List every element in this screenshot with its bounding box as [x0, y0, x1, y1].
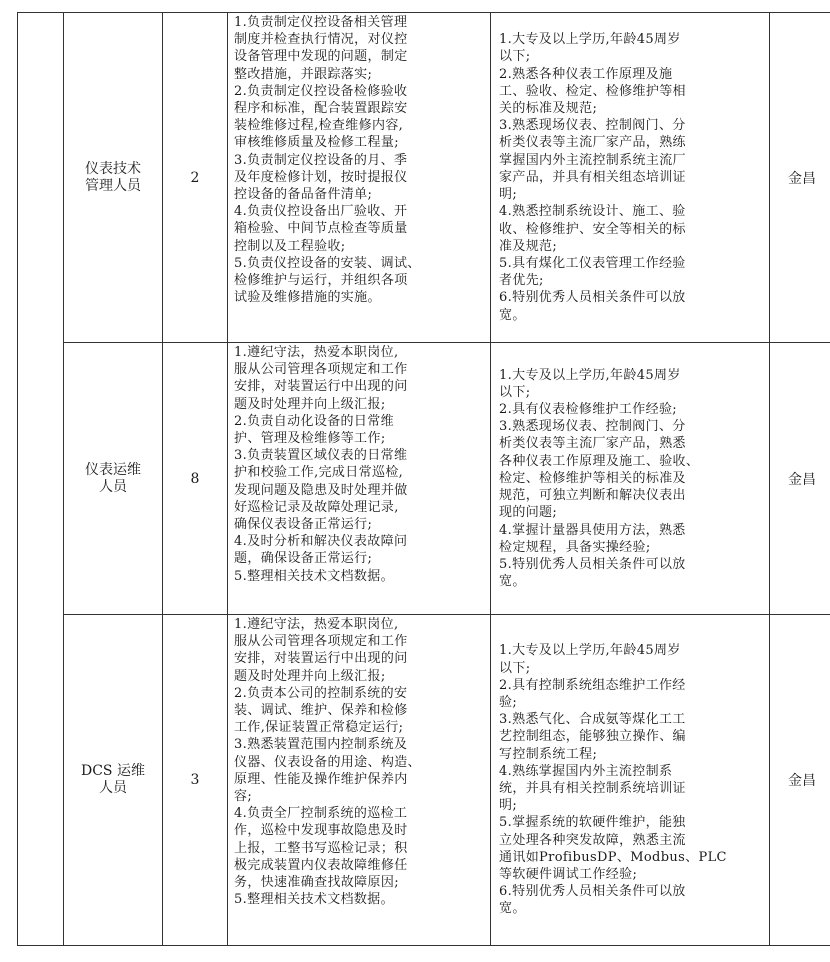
text-line: 3.熟悉现场仪表、控制阀门、分	[499, 418, 765, 435]
text-line: 艺控制组态，能够独立操作、编	[499, 728, 765, 745]
text-line: 宽。	[499, 900, 765, 917]
text-line: 宽。	[499, 307, 765, 324]
text-line: 宽。	[499, 573, 765, 590]
count-cell: 3	[163, 615, 228, 946]
text-line: 3.熟悉气化、合成氨等煤化工工	[499, 711, 765, 728]
text-line: 发现问题及隐患及时处理并做	[234, 482, 486, 499]
text-line: 2.熟悉各种仪表工作原理及施	[499, 66, 765, 83]
text-line: 容;	[234, 788, 486, 805]
text-line: 题及时处理并向上级汇报;	[234, 396, 486, 413]
text-line: 5.掌握系统的软硬件维护，能独	[499, 814, 765, 831]
text-line: 4.负责全厂控制系统的巡检工	[234, 805, 486, 822]
duties-cell: 1.遵纪守法，热爱本职岗位,服从公司管理各项规定和工作安排，对装置运行中出现的问…	[228, 343, 491, 615]
text-line: 明;	[499, 797, 765, 814]
text-line: 验;	[499, 694, 765, 711]
text-line: 1.遵纪守法，热爱本职岗位,	[234, 616, 486, 633]
text-line: 2.负责本公司的控制系统的安	[234, 685, 486, 702]
text-line: 检定、检修维护等相关的标准及	[499, 470, 765, 487]
text-line: 试验及维修措施的实施。	[234, 289, 486, 306]
position-cell: 仪表运维人员	[64, 343, 163, 615]
text-line: 3.熟悉现场仪表、控制阀门、分	[499, 117, 765, 134]
requirements-cell: 1.大专及以上学历,年龄45周岁以下;2.具有控制系统组态维护工作经验;3.熟悉…	[491, 615, 770, 946]
location-cell: 金昌	[770, 13, 830, 343]
text-line: 审核维修质量及检修工程量;	[234, 134, 486, 151]
text-line: 题及时处理并向上级汇报;	[234, 668, 486, 685]
text-line: 1.遵纪守法，热爱本职岗位,	[234, 344, 486, 361]
text-line: 控制以及工程验收;	[234, 238, 486, 255]
text-line: 5.特别优秀人员相关条件可以放	[499, 556, 765, 573]
table-row: DCS 运维人员 3 1.遵纪守法，热爱本职岗位,服从公司管理各项规定和工作安排…	[18, 615, 830, 946]
text-line: 通讯如ProfibusDP、Modbus、PLC	[499, 849, 765, 866]
position-name: 仪表运维人员	[85, 462, 141, 495]
text-line: 控设备的备品备件清单;	[234, 186, 486, 203]
count-cell: 8	[163, 343, 228, 615]
text-line: 3.负责装置区域仪表的日常维	[234, 447, 486, 464]
text-line: 服从公司管理各项规定和工作	[234, 633, 486, 650]
text-line: 确保仪表设备正常运行;	[234, 516, 486, 533]
text-line: 及年度检修计划，按时提报仪	[234, 169, 486, 186]
text-line: 2.负责自动化设备的日常维	[234, 413, 486, 430]
text-line: 5.整理相关技术文档数据。	[234, 568, 486, 585]
text-line: 1.大专及以上学历,年龄45周岁	[499, 642, 765, 659]
text-line: 仪器、仪表设备的用途、构造、	[234, 754, 486, 771]
text-line: 务，快速准确查找故障原因;	[234, 874, 486, 891]
position-name: DCS 运维人员	[81, 763, 145, 796]
text-line: 设备管理中发现的问题，制定	[234, 48, 486, 65]
text-line: 工、验收、检定、检修维护等相	[499, 83, 765, 100]
text-line: 工作,保证装置正常稳定运行;	[234, 719, 486, 736]
text-line: 5.整理相关技术文档数据。	[234, 891, 486, 908]
text-line: 装、调试、维护、保养和检修	[234, 702, 486, 719]
text-line: 原理、性能及操作维护保养内	[234, 771, 486, 788]
text-line: 检修维护与运行，并组织各项	[234, 272, 486, 289]
text-line: 等软硬件调试工作经验;	[499, 866, 765, 883]
text-line: 4.熟悉控制系统设计、施工、验	[499, 203, 765, 220]
requirements-cell: 1.大专及以上学历,年龄45周岁以下;2.熟悉各种仪表工作原理及施工、验收、检定…	[491, 13, 770, 343]
text-line: 以下;	[499, 48, 765, 65]
location-cell: 金昌	[770, 615, 830, 946]
position-cell: DCS 运维人员	[64, 615, 163, 946]
text-line: 4.及时分析和解决仪表故障问	[234, 533, 486, 550]
text-line: 2.具有仪表检修维护工作经验;	[499, 401, 765, 418]
text-line: 作，巡检中发现事故隐患及时	[234, 822, 486, 839]
count-cell: 2	[163, 13, 228, 343]
text-line: 准及规范;	[499, 238, 765, 255]
text-line: 6.特别优秀人员相关条件可以放	[499, 289, 765, 306]
text-line: 5.负责仪控设备的安装、调试、	[234, 255, 486, 272]
text-line: 箱检验、中间节点检查等质量	[234, 220, 486, 237]
text-line: 安排，对装置运行中出现的问	[234, 378, 486, 395]
text-line: 1.负责制定仪控设备相关管理	[234, 14, 486, 31]
text-line: 护和校验工作,完成日常巡检,	[234, 464, 486, 481]
text-line: 规范，可独立判断和解决仪表出	[499, 487, 765, 504]
location-cell: 金昌	[770, 343, 830, 615]
text-line: 写控制系统工程;	[499, 746, 765, 763]
text-line: 2.具有控制系统组态维护工作经	[499, 677, 765, 694]
text-line: 以下;	[499, 384, 765, 401]
text-line: 4.掌握计量器具使用方法，熟悉	[499, 522, 765, 539]
text-line: 检定规程，具备实操经验;	[499, 539, 765, 556]
duties-cell: 1.负责制定仪控设备相关管理制度并检查执行情况，对仪控设备管理中发现的问题，制定…	[228, 13, 491, 343]
text-line: 整改措施，并跟踪落实;	[234, 66, 486, 83]
text-line: 2.负责制定仪控设备检修验收	[234, 83, 486, 100]
duties-cell: 1.遵纪守法，热爱本职岗位,服从公司管理各项规定和工作安排，对装置运行中出现的问…	[228, 615, 491, 946]
position-name: 仪表技术管理人员	[85, 161, 141, 194]
text-line: 好巡检记录及故障处理记录,	[234, 499, 486, 516]
text-line: 护、管理及检维修等工作;	[234, 430, 486, 447]
text-line: 家产品，并具有相关组态培训证	[499, 169, 765, 186]
text-line: 统，并具有相关控制系统培训证	[499, 780, 765, 797]
job-table: 仪表技术管理人员 2 1.负责制定仪控设备相关管理制度并检查执行情况，对仪控设备…	[17, 12, 830, 946]
position-cell: 仪表技术管理人员	[64, 13, 163, 343]
table-row: 仪表技术管理人员 2 1.负责制定仪控设备相关管理制度并检查执行情况，对仪控设备…	[18, 13, 830, 343]
text-line: 明;	[499, 186, 765, 203]
table-row: 仪表运维人员 8 1.遵纪守法，热爱本职岗位,服从公司管理各项规定和工作安排，对…	[18, 343, 830, 615]
text-line: 服从公司管理各项规定和工作	[234, 361, 486, 378]
text-line: 析类仪表等主流厂家产品，熟练	[499, 134, 765, 151]
requirements-cell: 1.大专及以上学历,年龄45周岁以下;2.具有仪表检修维护工作经验;3.熟悉现场…	[491, 343, 770, 615]
text-line: 安排，对装置运行中出现的问	[234, 650, 486, 667]
text-line: 关的标准及规范;	[499, 100, 765, 117]
text-line: 掌握国内外主流控制系统主流厂	[499, 152, 765, 169]
text-line: 4.熟练掌握国内外主流控制系	[499, 763, 765, 780]
text-line: 3.熟悉装置范围内控制系统及	[234, 736, 486, 753]
text-line: 题，确保设备正常运行;	[234, 550, 486, 567]
text-line: 极完成装置内仪表故障维修任	[234, 857, 486, 874]
text-line: 以下;	[499, 660, 765, 677]
text-line: 者优先;	[499, 272, 765, 289]
text-line: 6.特别优秀人员相关条件可以放	[499, 883, 765, 900]
text-line: 4.负责仪控设备出厂验收、开	[234, 203, 486, 220]
text-line: 程序和标准，配合装置跟踪安	[234, 100, 486, 117]
text-line: 收、检修维护、安全等相关的标	[499, 221, 765, 238]
text-line: 装检维修过程,检查维修内容,	[234, 117, 486, 134]
category-cell	[18, 13, 64, 946]
text-line: 各种仪表工作原理及施工、验收、	[499, 453, 765, 470]
text-line: 1.大专及以上学历,年龄45周岁	[499, 367, 765, 384]
text-line: 1.大专及以上学历,年龄45周岁	[499, 31, 765, 48]
text-line: 析类仪表等主流厂家产品，熟悉	[499, 435, 765, 452]
text-line: 上报，工整书写巡检记录；积	[234, 840, 486, 857]
text-line: 3.负责制定仪控设备的月、季	[234, 152, 486, 169]
text-line: 现的问题;	[499, 504, 765, 521]
text-line: 立处理各种突发故障，熟悉主流	[499, 832, 765, 849]
text-line: 5.具有煤化工仪表管理工作经验	[499, 255, 765, 272]
text-line: 制度并检查执行情况，对仪控	[234, 31, 486, 48]
